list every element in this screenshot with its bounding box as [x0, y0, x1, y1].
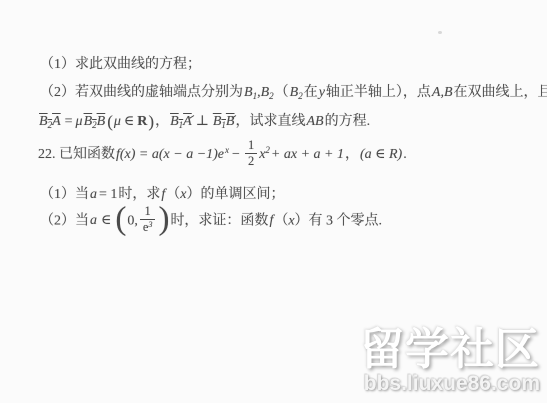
watermark: 留学社区 bbs.liuxue86.com — [360, 328, 540, 394]
q22-part1-text-2: 时，求 — [118, 187, 160, 202]
element-of-sign: ∈ — [124, 114, 134, 129]
q21-part2-text-5: 在双曲线上，且 — [454, 85, 547, 100]
q21-part2-text-3: 在 — [304, 85, 318, 100]
q22-number-and-text: 22. 已知函数 — [38, 147, 115, 162]
math-mu-2: μ — [114, 114, 121, 129]
q22-part1-text-1: （1）当 — [40, 187, 89, 202]
element-of-sign-2: ∈ — [101, 213, 111, 228]
q21-part2-text-4: 轴正半轴上），点 — [326, 85, 431, 100]
exam-page: （1）求此双曲线的方程； （2）若双曲线的虚轴端点分别为B1,B2（B2在y轴正… — [0, 0, 547, 403]
left-paren: ( — [107, 112, 113, 131]
math-R-set: R — [137, 114, 147, 129]
vector-B2B: B2B — [84, 114, 106, 129]
period: . — [403, 147, 407, 162]
minus-sign: − — [232, 147, 240, 162]
math-a-in-R: (a ∈ R) — [360, 147, 402, 162]
scan-smudge-mark — [438, 31, 442, 34]
superscript-x: x — [225, 145, 229, 155]
q22-stem-line: 22. 已知函数f(x) = a(x − a −1)ex−12x2+ ax + … — [38, 141, 407, 169]
perpendicular-sign: ⊥ — [196, 114, 209, 129]
math-f-2: f — [269, 213, 273, 228]
q22-part2-text-2: 时，求证：函数 — [170, 213, 268, 228]
math-B1B2: B1,B2 — [244, 85, 274, 100]
watermark-url: bbs.liuxue86.com — [360, 373, 540, 394]
q21-line3-text-1: 试求直线 — [249, 114, 305, 129]
equals-one: = 1 — [99, 187, 117, 202]
q22-part1-line: （1）当a= 1时，求f（x）的单调区间； — [40, 183, 285, 203]
q21-part1-line: （1）求此双曲线的方程； — [40, 53, 201, 73]
comma-2: ， — [235, 114, 249, 129]
math-a-1: a — [90, 187, 97, 202]
math-fx-expression: f(x) = a(x − a −1)e — [116, 147, 224, 162]
vector-B1A: B1A — [170, 114, 192, 129]
math-AB: AB — [306, 114, 323, 129]
q21-part2-text-2: （ — [275, 85, 289, 100]
math-zero-comma: 0, — [127, 213, 138, 228]
q22-part2-text-3: ）有 3 个零点. — [295, 213, 383, 228]
math-A-B: A,B — [432, 85, 453, 100]
big-right-paren: ) — [158, 205, 169, 233]
math-y: y — [319, 85, 325, 100]
comma-3: ， — [345, 147, 359, 162]
math-a-2: a — [90, 213, 97, 228]
q21-part2-line: （2）若双曲线的虚轴端点分别为B1,B2（B2在y轴正半轴上），点A,B在双曲线… — [40, 81, 547, 101]
math-tail-expression: + ax + a + 1 — [271, 147, 344, 162]
fullwidth-lparen-1: （ — [166, 187, 180, 202]
watermark-logo-text: 留学社区 — [360, 328, 540, 372]
vector-B2A: B2A — [39, 114, 61, 129]
q21-vector-line: B2A=μB2B(μ∈R)，B1A⊥B1B，试求直线AB的方程. — [38, 110, 370, 132]
comma-1: ， — [155, 114, 169, 129]
fraction-one-half: 12 — [245, 139, 257, 167]
fullwidth-lparen-2: （ — [274, 213, 288, 228]
vector-B1B: B1B — [213, 114, 235, 129]
q22-part1-text-3: ）的单调区间； — [187, 187, 285, 202]
superscript-2: 2 — [265, 145, 270, 155]
q21-line3-text-2: 的方程. — [325, 114, 371, 129]
q22-part2-text-1: （2）当 — [40, 213, 89, 228]
q21-part1-text: （1）求此双曲线的方程； — [40, 57, 201, 72]
math-f-1: f — [161, 187, 165, 202]
math-mu: μ — [76, 114, 83, 129]
big-left-paren: ( — [115, 205, 126, 233]
fraction-one-over-e-cubed: 1e3 — [140, 205, 156, 233]
q22-part2-line: （2）当a∈(0,1e3)时，求证：函数f（x）有 3 个零点. — [40, 207, 382, 235]
math-B2: B2 — [290, 85, 303, 100]
equals-sign: = — [65, 114, 73, 129]
right-paren: ) — [148, 112, 154, 131]
q21-part2-text-1: （2）若双曲线的虚轴端点分别为 — [40, 85, 243, 100]
